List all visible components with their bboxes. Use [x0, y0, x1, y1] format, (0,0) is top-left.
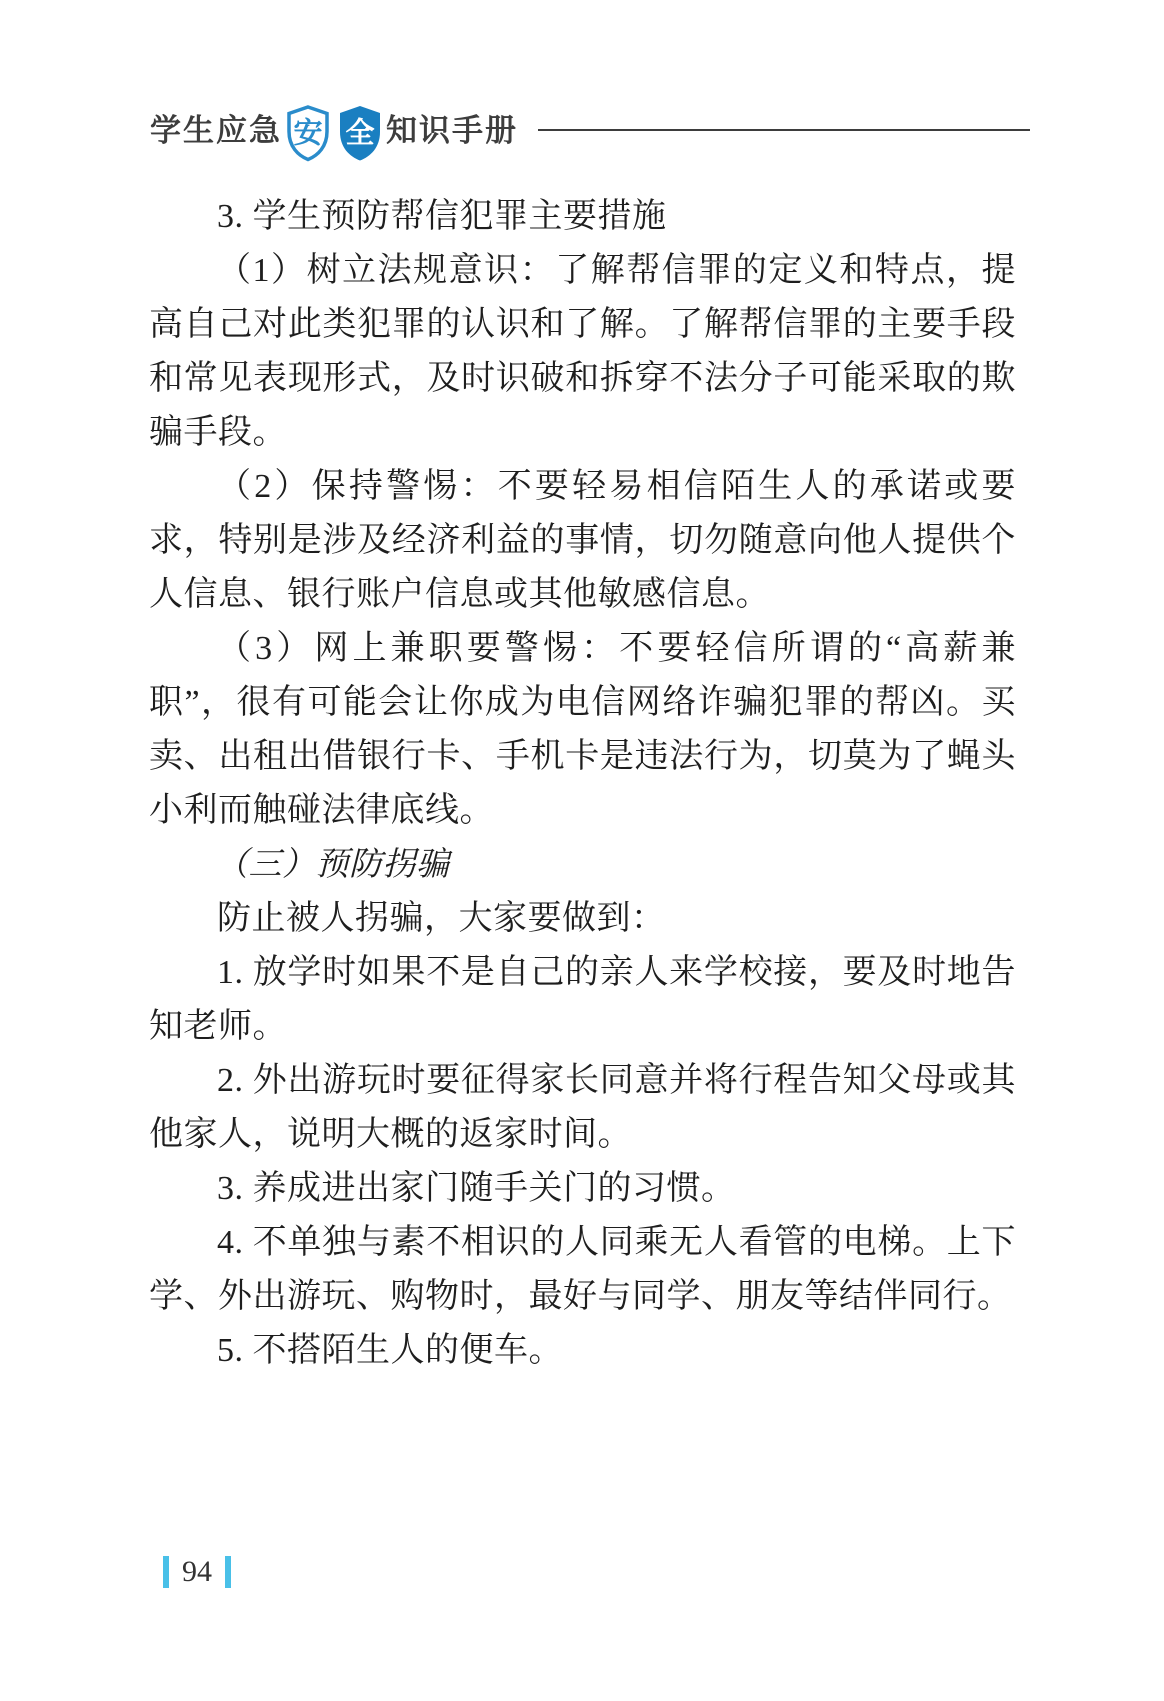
paragraph: 1. 放学时如果不是自己的亲人来学校接，要及时地告知老师。 [149, 946, 1016, 1054]
paragraph: （1）树立法规意识：了解帮信罪的定义和特点，提高自己对此类犯罪的认识和了解。了解… [149, 244, 1016, 460]
footer-bar-left [163, 1556, 169, 1588]
book-page: 学生应急 安 全 知识手册 3. 学生预防帮信犯罪主要措施（1）树立法规意识：了… [0, 0, 1164, 1701]
paragraph: 3. 养成进出家门随手关门的习惯。 [149, 1162, 1016, 1216]
footer-bar-right [225, 1556, 231, 1588]
content: 3. 学生预防帮信犯罪主要措施（1）树立法规意识：了解帮信罪的定义和特点，提高自… [149, 190, 1016, 1378]
header-title-right: 知识手册 [386, 105, 518, 150]
paragraph: （2）保持警惕：不要轻易相信陌生人的承诺或要求，特别是涉及经济利益的事情，切勿随… [149, 460, 1016, 622]
svg-text:安: 安 [293, 117, 322, 150]
paragraph: 3. 学生预防帮信犯罪主要措施 [149, 190, 1016, 244]
paragraph: 防止被人拐骗，大家要做到： [149, 892, 1016, 946]
shield-an-icon: 安 [283, 102, 333, 164]
svg-text:全: 全 [345, 116, 374, 150]
paragraph: 4. 不单独与素不相识的人同乘无人看管的电梯。上下学、外出游玩、购物时，最好与同… [149, 1216, 1016, 1324]
page-number: 94 [182, 1556, 212, 1588]
shield-quan-icon: 全 [335, 102, 385, 164]
paragraph: 5. 不搭陌生人的便车。 [149, 1324, 1016, 1378]
header-rule [538, 129, 1030, 131]
paragraph: 2. 外出游玩时要征得家长同意并将行程告知父母或其他家人，说明大概的返家时间。 [149, 1054, 1016, 1162]
paragraph: （三）预防拐骗 [149, 838, 1016, 892]
page-header: 学生应急 安 全 知识手册 [150, 94, 1030, 160]
paragraph: （3）网上兼职要警惕：不要轻信所谓的“高薪兼职”，很有可能会让你成为电信网络诈骗… [149, 622, 1016, 838]
header-title-left: 学生应急 [150, 105, 282, 150]
page-footer: 94 [163, 1556, 231, 1588]
